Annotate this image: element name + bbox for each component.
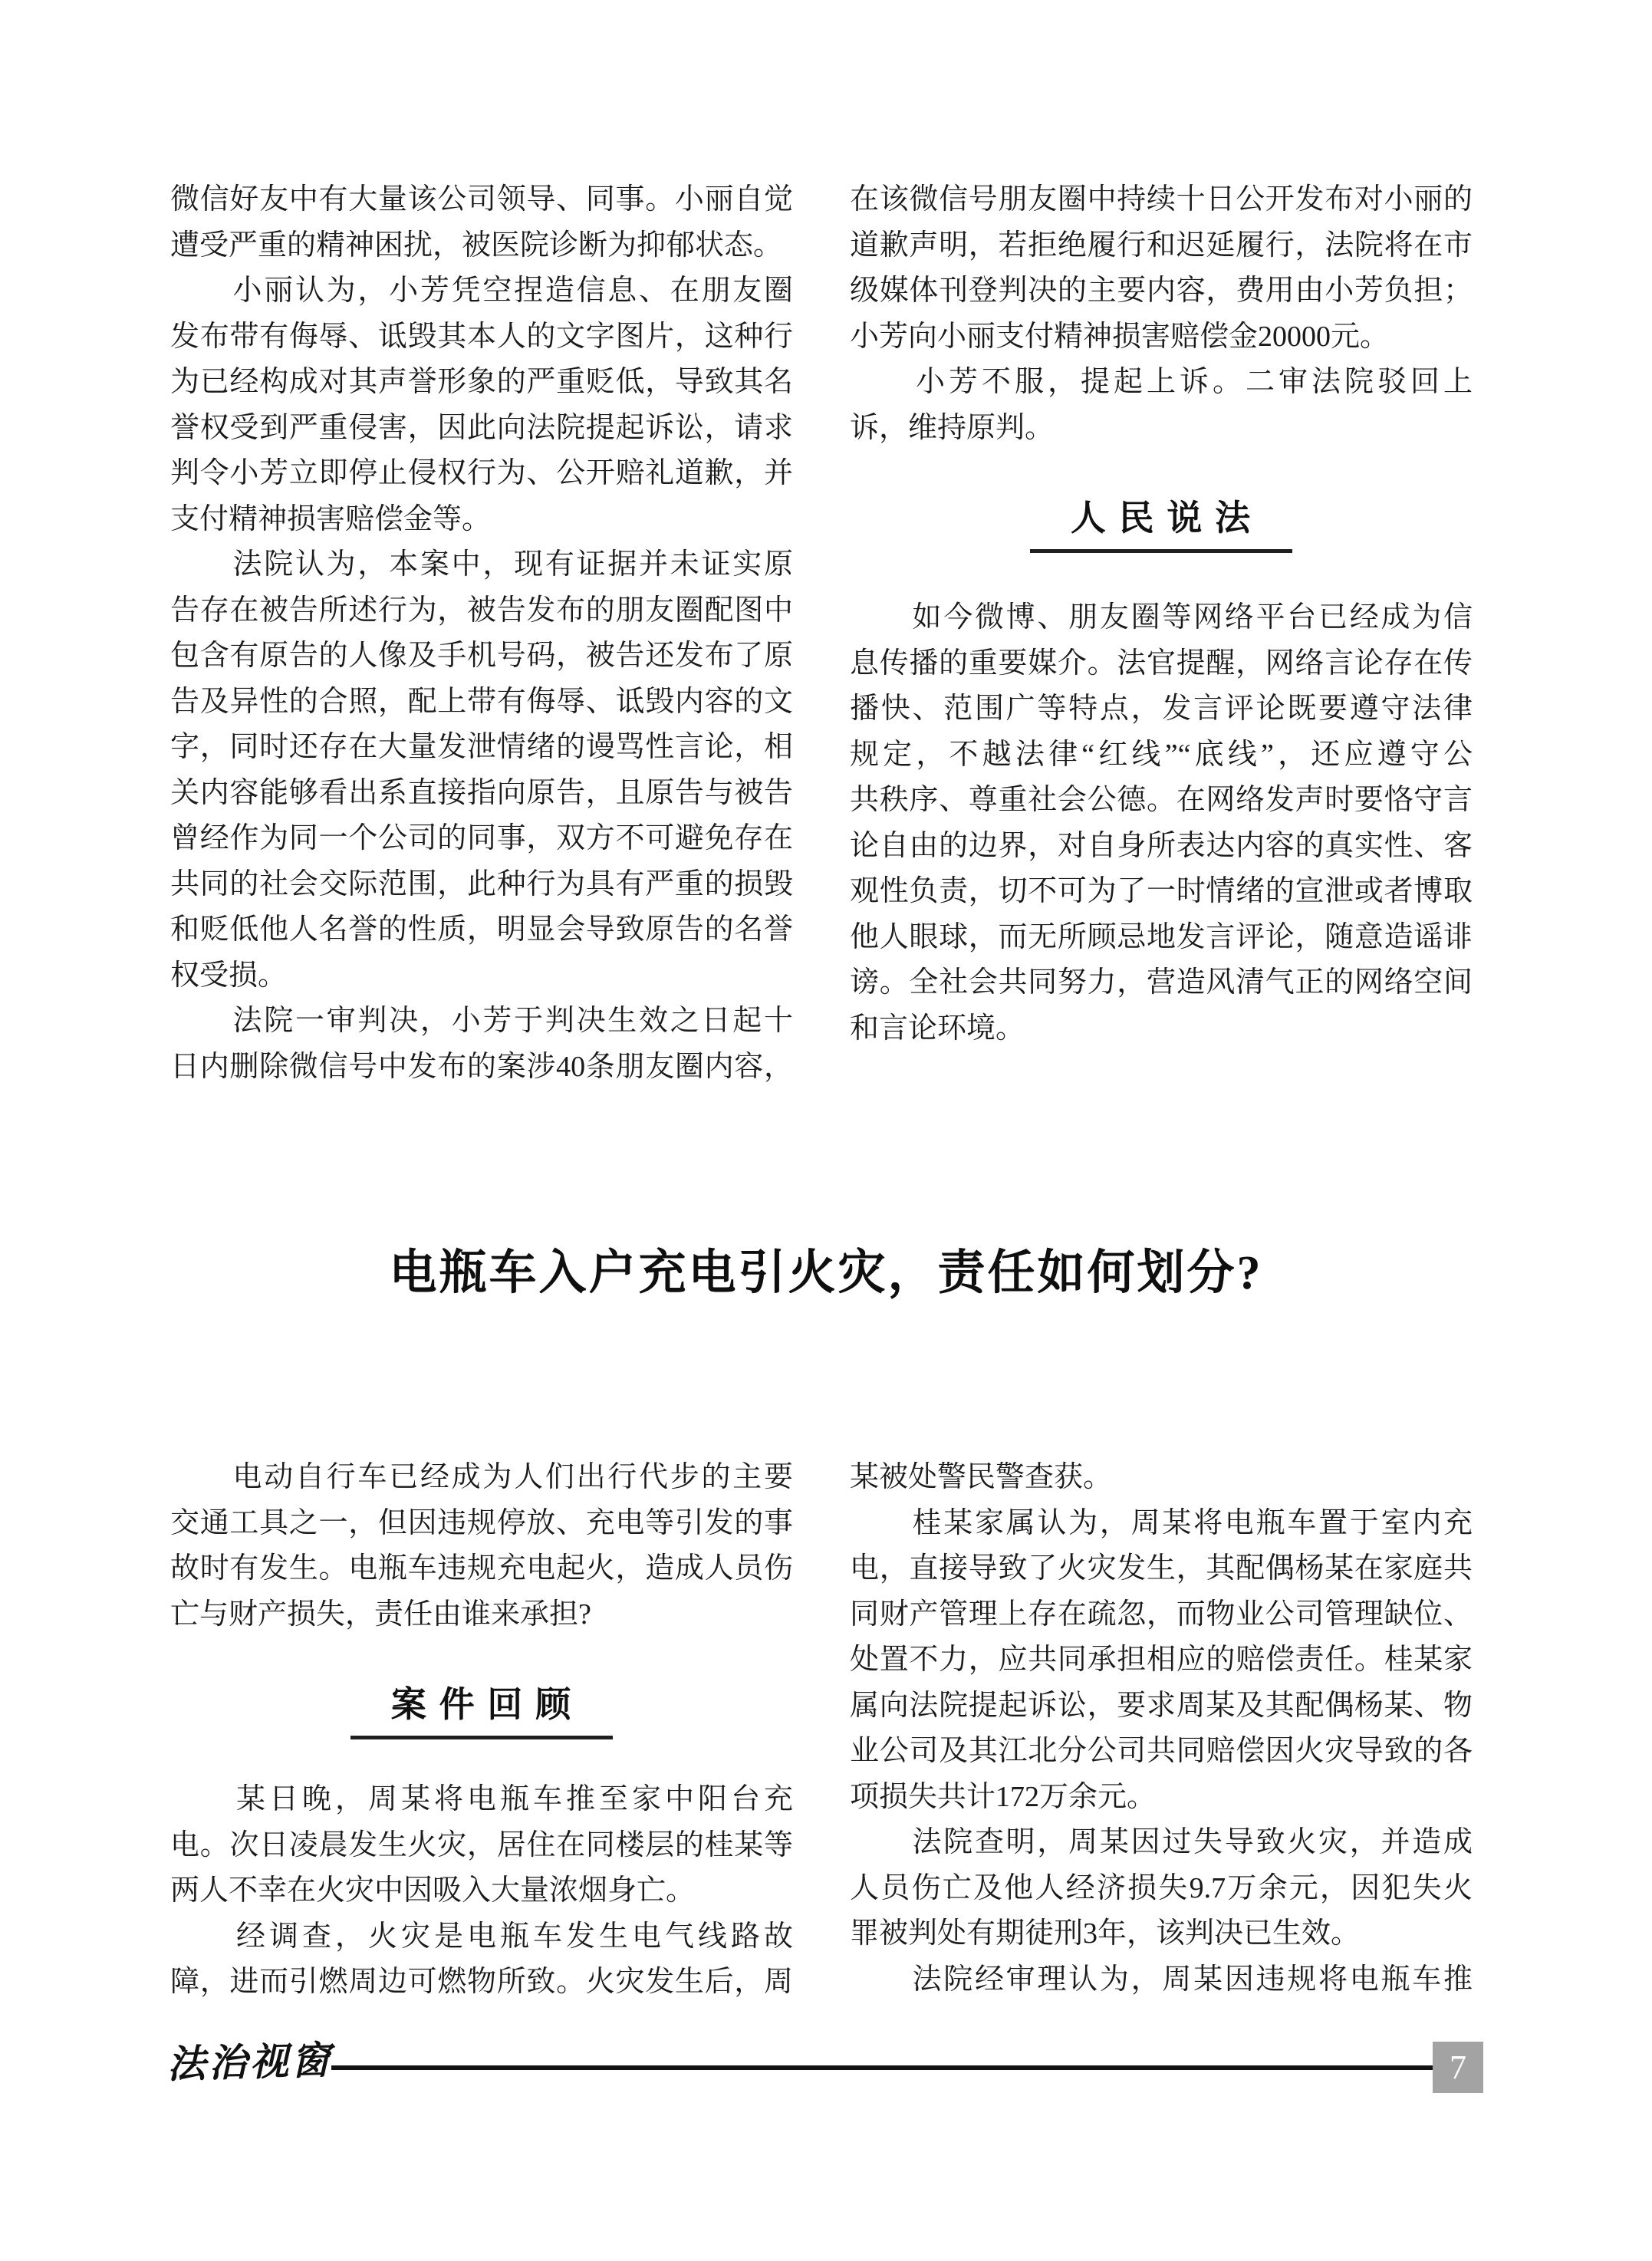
text-line: 经调查，火灾是电瓶车发生电气线路故 <box>170 1914 793 1960</box>
text-line: 观性负责，切不可为了一时情绪的宣泄或者博取 <box>850 869 1473 915</box>
section-heading-case-review: 案 件 回 顾 <box>170 1685 793 1739</box>
article1-left-column: 微信好友中有大量该公司领导、同事。小丽自觉遭受严重的精神困扰，被医院诊断为抑郁状… <box>170 177 793 1090</box>
text-line: 判令小芳立即停止侵权行为、公开赔礼道歉，并 <box>170 451 793 497</box>
text-line: 道歉声明，若拒绝履行和迟延履行，法院将在市 <box>850 223 1473 269</box>
text-line: 法院查明，周某因过失导致火灾，并造成 <box>850 1820 1473 1866</box>
article2-right-column: 某被处警民警查获。 桂某家属认为，周某将电瓶车置于室内充电，直接导致了火灾发生，… <box>850 1455 1473 2003</box>
text-line: 支付精神损害赔偿金等。 <box>170 497 793 543</box>
section-heading-people-explain-law: 人 民 说 法 <box>850 499 1473 553</box>
text-line: 为已经构成对其声誉形象的严重贬低，导致其名 <box>170 360 793 406</box>
text-line: 亡与财产损失，责任由谁来承担? <box>170 1592 793 1638</box>
text-line: 属向法院提起诉讼，要求周某及其配偶杨某、物 <box>850 1683 1473 1729</box>
text-line: 权受损。 <box>170 953 793 999</box>
text-line: 发布带有侮辱、诋毁其本人的文字图片，这种行 <box>170 314 793 360</box>
text-line: 诉，维持原判。 <box>850 406 1473 452</box>
text-line: 关内容能够看出系直接指向原告，且原告与被告 <box>170 771 793 817</box>
text-line: 两人不幸在火灾中因吸入大量浓烟身亡。 <box>170 1868 793 1914</box>
text-line: 遭受严重的精神困扰，被医院诊断为抑郁状态。 <box>170 223 793 269</box>
article2-left-top-text: 电动自行车已经成为人们出行代步的主要交通工具之一，但因违规停放、充电等引发的事故… <box>170 1455 793 1637</box>
section-heading-text: 案 件 回 顾 <box>170 1685 793 1723</box>
text-line: 告及异性的合照，配上带有侮辱、诋毁内容的文 <box>170 680 793 726</box>
page-number: 7 <box>1450 2048 1466 2087</box>
text-line: 告存在被告所述行为，被告发布的朋友圈配图中 <box>170 588 793 634</box>
text-line: 级媒体刊登判决的主要内容，费用由小芳负担； <box>850 268 1473 314</box>
text-line: 和贬低他人名誉的性质，明显会导致原告的名誉 <box>170 907 793 953</box>
text-line: 小芳向小丽支付精神损害赔偿金20000元。 <box>850 314 1473 360</box>
text-line: 电动自行车已经成为人们出行代步的主要 <box>170 1455 793 1501</box>
text-line: 某被处警民警查获。 <box>850 1455 1473 1501</box>
text-line: 小芳不服，提起上诉。二审法院驳回上 <box>850 360 1473 406</box>
article1-right-bottom-text: 如今微博、朋友圈等网络平台已经成为信息传播的重要媒介。法官提醒，网络言论存在传播… <box>850 595 1473 1052</box>
text-line: 誉权受到严重侵害，因此向法院提起诉讼，请求 <box>170 406 793 452</box>
text-line: 曾经作为同一个公司的同事，双方不可避免存在 <box>170 816 793 862</box>
text-line: 电。次日凌晨发生火灾，居住在同楼层的桂某等 <box>170 1823 793 1869</box>
text-line: 播快、范围广等特点，发言评论既要遵守法律 <box>850 686 1473 732</box>
text-line: 共秩序、尊重社会公德。在网络发声时要恪守言 <box>850 778 1473 824</box>
article1-right-top-text: 在该微信号朋友圈中持续十日公开发布对小丽的道歉声明，若拒绝履行和迟延履行，法院将… <box>850 177 1473 451</box>
text-line: 交通工具之一，但因违规停放、充电等引发的事 <box>170 1501 793 1547</box>
text-line: 微信好友中有大量该公司领导、同事。小丽自觉 <box>170 177 793 223</box>
text-line: 共同的社会交际范围，此种行为具有严重的损毁 <box>170 862 793 908</box>
text-line: 他人眼球，而无所顾忌地发言评论，随意造谣诽 <box>850 915 1473 961</box>
heading-underline <box>350 1736 613 1739</box>
text-line: 论自由的边界，对自身所表达内容的真实性、客 <box>850 824 1473 870</box>
text-line: 法院经审理认为，周某因违规将电瓶车推 <box>850 1957 1473 2003</box>
text-line: 项损失共计172万余元。 <box>850 1775 1473 1821</box>
text-line: 处置不力，应共同承担相应的赔偿责任。桂某家 <box>850 1637 1473 1683</box>
text-line: 障，进而引燃周边可燃物所致。火灾发生后，周 <box>170 1960 793 2006</box>
text-line: 电，直接导致了火灾发生，其配偶杨某在家庭共 <box>850 1546 1473 1592</box>
text-line: 某日晚，周某将电瓶车推至家中阳台充 <box>170 1777 793 1823</box>
text-line: 包含有原告的人像及手机号码，被告还发布了原 <box>170 634 793 680</box>
article2-title: 电瓶车入户充电引火灾，责任如何划分? <box>0 1242 1652 1304</box>
text-line: 息传播的重要媒介。法官提醒，网络言论存在传 <box>850 641 1473 687</box>
text-line: 罪被判处有期徒刑3年，该判决已生效。 <box>850 1911 1473 1957</box>
text-line: 业公司及其江北分公司共同赔偿因火灾导致的各 <box>850 1729 1473 1775</box>
text-line: 字，同时还存在大量发泄情绪的谩骂性言论，相 <box>170 725 793 771</box>
text-line: 谤。全社会共同努力，营造风清气正的网络空间 <box>850 960 1473 1006</box>
heading-underline <box>1030 549 1292 553</box>
text-line: 人员伤亡及他人经济损失9.7万余元，因犯失火 <box>850 1866 1473 1912</box>
text-line: 在该微信号朋友圈中持续十日公开发布对小丽的 <box>850 177 1473 223</box>
text-line: 同财产管理上存在疏忽，而物业公司管理缺位、 <box>850 1592 1473 1638</box>
footer-brand: 法治视窗 <box>166 2038 333 2087</box>
footer-rule <box>331 2065 1436 2070</box>
text-line: 法院认为，本案中，现有证据并未证实原 <box>170 542 793 588</box>
text-line: 法院一审判决，小芳于判决生效之日起十 <box>170 999 793 1045</box>
page-number-badge: 7 <box>1433 2042 1483 2093</box>
text-line: 和言论环境。 <box>850 1006 1473 1052</box>
section-heading-text: 人 民 说 法 <box>850 499 1473 537</box>
text-line: 日内删除微信号中发布的案涉40条朋友圈内容， <box>170 1045 793 1091</box>
text-line: 如今微博、朋友圈等网络平台已经成为信 <box>850 595 1473 641</box>
text-line: 规定，不越法律“红线”“底线”，还应遵守公 <box>850 732 1473 778</box>
text-line: 桂某家属认为，周某将电瓶车置于室内充 <box>850 1501 1473 1547</box>
text-line: 故时有发生。电瓶车违规充电起火，造成人员伤 <box>170 1546 793 1592</box>
text-line: 小丽认为，小芳凭空捏造信息、在朋友圈 <box>170 268 793 314</box>
article2-left-bottom-text: 某日晚，周某将电瓶车推至家中阳台充电。次日凌晨发生火灾，居住在同楼层的桂某等两人… <box>170 1777 793 2006</box>
article2-left-column: 电动自行车已经成为人们出行代步的主要交通工具之一，但因违规停放、充电等引发的事故… <box>170 1455 793 2006</box>
article1-right-column: 在该微信号朋友圈中持续十日公开发布对小丽的道歉声明，若拒绝履行和迟延履行，法院将… <box>850 177 1473 1052</box>
